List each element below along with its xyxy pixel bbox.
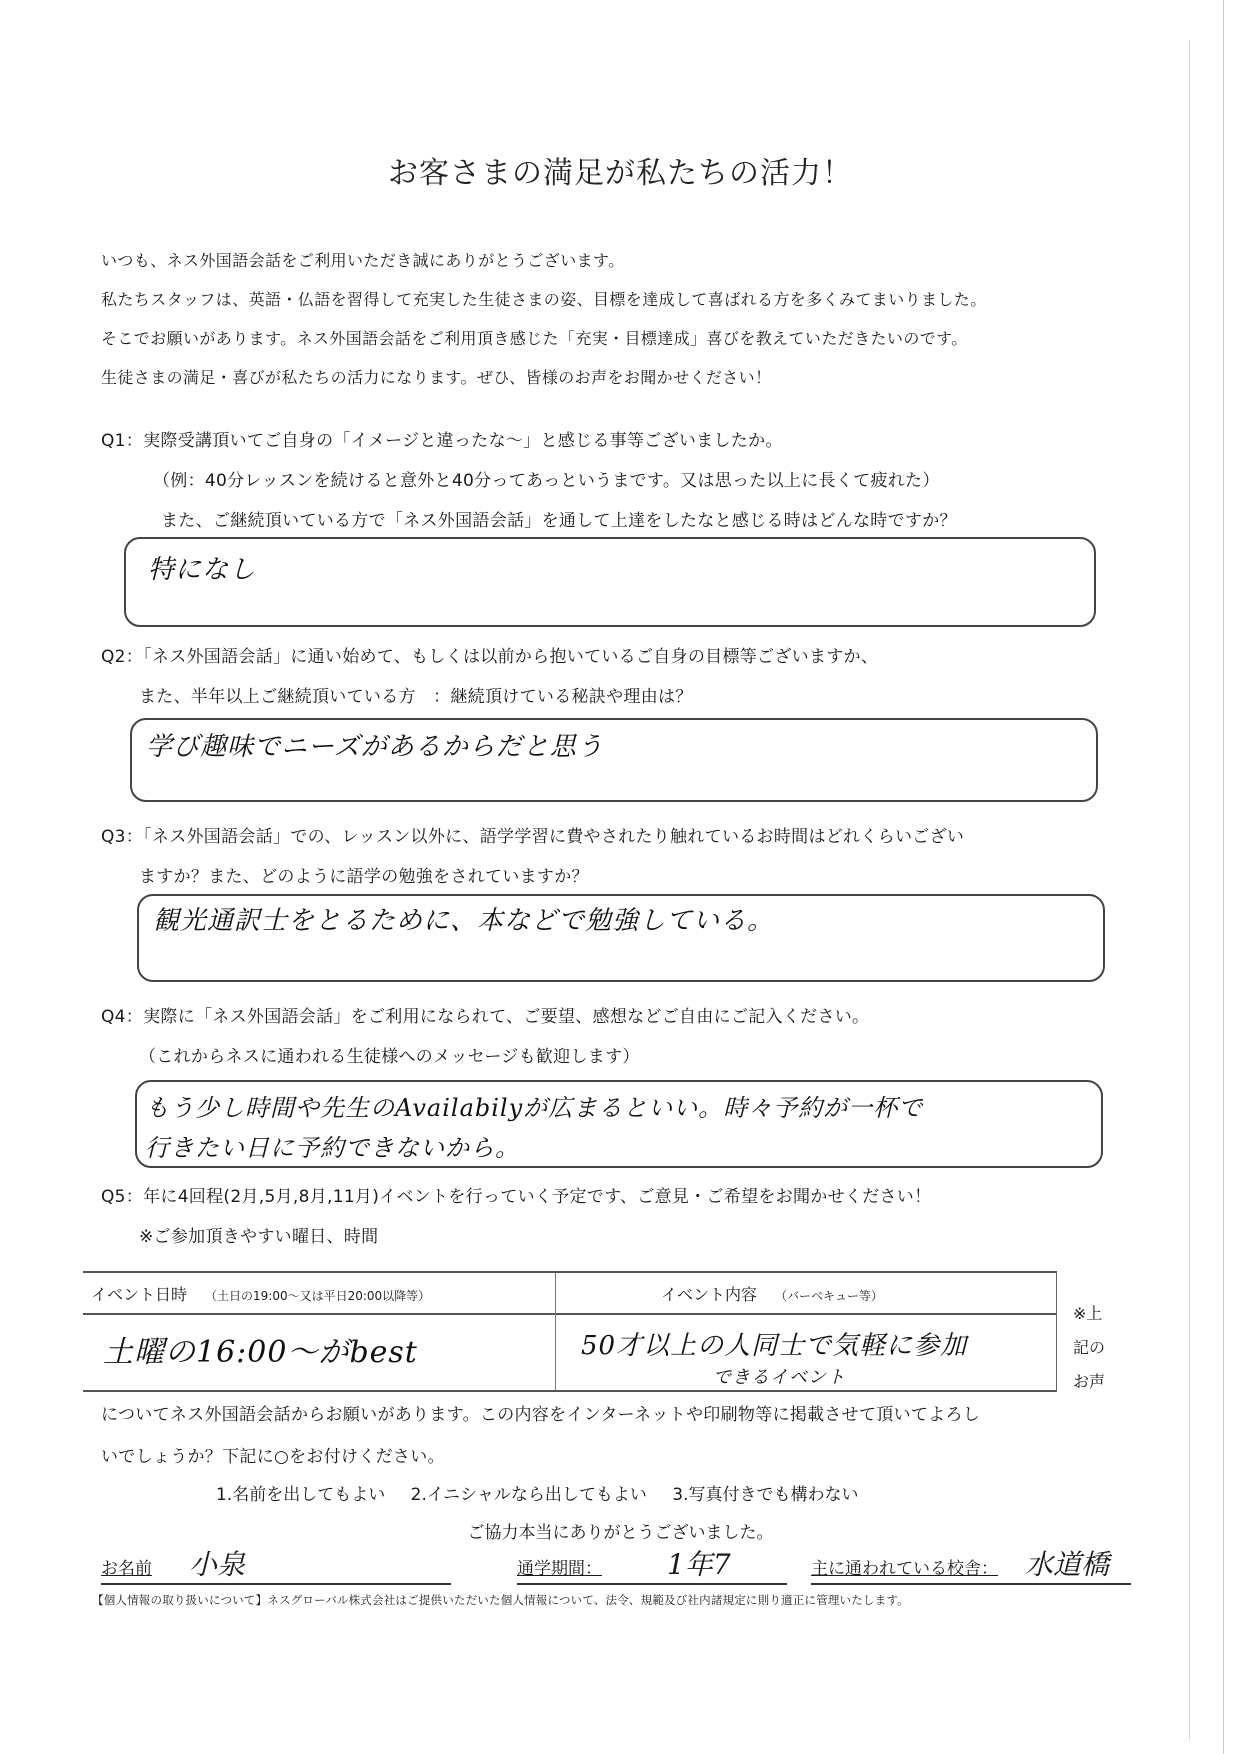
- scan-edge-line: [1223, 0, 1224, 1754]
- period-label: 通学期間：: [517, 1554, 602, 1579]
- answer-box-q4[interactable]: もう少し時間や先生のAvailabilyが広まるといい。時々予約が一杯で 行きた…: [135, 1080, 1103, 1168]
- question-4: Q4：実際に「ネス外国語会話」をご利用になられて、ご要望、感想などご自由にご記入…: [101, 1000, 869, 1080]
- scan-edge-line: [1189, 40, 1190, 1740]
- intro-line: 私たちスタッフは、英語・仏語を習得して充実した生徒さまの姿、目標を達成して喜ばれ…: [101, 285, 1101, 324]
- question-3: Q3：「ネス外国語会話」での、レッスン以外に、語学学習に費やされたり触れているお…: [101, 820, 964, 900]
- intro-paragraph: いつも、ネス外国語会話をご利用いただき誠にありがとうございます。 私たちスタッフ…: [101, 246, 1101, 402]
- question-1: Q1：実際受講頂いてご自身の「イメージと違ったな～」と感じる事等ございましたか。…: [101, 424, 957, 544]
- header-label: イベント日時: [91, 1285, 187, 1304]
- answer-box-q1[interactable]: 特になし: [124, 537, 1096, 627]
- question-note: ※ご参加頂きやすい曜日、時間: [101, 1220, 931, 1260]
- school-field[interactable]: 主に通われている校舎： 水道橋: [811, 1543, 1131, 1585]
- consent-option-name[interactable]: 1.名前を出してもよい: [216, 1485, 385, 1505]
- event-datetime-answer[interactable]: 土曜の16:00～がbest: [103, 1327, 418, 1371]
- consent-request: についてネス外国語会話からお願いがあります。この内容をインターネットや印刷物等に…: [101, 1397, 980, 1481]
- question-text: Q2：「ネス外国語会話」に通い始めて、もしくは以前から抱いているご自身の目標等ご…: [101, 640, 878, 680]
- respondent-fields: お名前 小泉 通学期間： 1年7 主に通われている校舎： 水道橋: [101, 1545, 1141, 1585]
- answer-text: 行きたい日に予約できないから。: [145, 1128, 520, 1163]
- answer-box-q2[interactable]: 学び趣味でニーズがあるからだと思う: [130, 718, 1098, 802]
- question-text: Q5：年に4回程(2月,5月,8月,11月)イベントを行っていく予定です、ご意見…: [101, 1180, 931, 1220]
- side-note-line: ※上: [1073, 1297, 1113, 1331]
- consent-options: 1.名前を出してもよい 2.イニシャルなら出してもよい 3.写真付きでも構わない: [216, 1480, 878, 1505]
- side-note-line: お声: [1073, 1365, 1113, 1399]
- name-value: 小泉: [189, 1543, 245, 1583]
- table-header-row: イベント日時（土日の19:00～又は平日20:00以降等） イベント内容（バーベ…: [83, 1273, 1056, 1315]
- header-hint: （土日の19:00～又は平日20:00以降等）: [205, 1289, 430, 1303]
- question-text: Q3：「ネス外国語会話」での、レッスン以外に、語学学習に費やされたり触れているお…: [101, 820, 964, 860]
- question-text: Q4：実際に「ネス外国語会話」をご利用になられて、ご要望、感想などご自由にご記入…: [101, 1000, 869, 1040]
- consent-text: についてネス外国語会話からお願いがあります。この内容をインターネットや印刷物等に…: [101, 1397, 980, 1439]
- name-field[interactable]: お名前 小泉: [101, 1543, 451, 1585]
- consent-text: いでしょうか？下記に○をお付けください。: [101, 1439, 980, 1481]
- side-note-line: 記の: [1073, 1331, 1113, 1365]
- question-text: Q1：実際受講頂いてご自身の「イメージと違ったな～」と感じる事等ございましたか。: [101, 424, 957, 464]
- name-label: お名前: [101, 1554, 152, 1579]
- period-field[interactable]: 通学期間： 1年7: [517, 1543, 787, 1585]
- intro-line: そこでお願いがあります。ネス外国語会話をご利用頂き感じた「充実・目標達成」喜びを…: [101, 324, 1101, 363]
- intro-line: 生徒さまの満足・喜びが私たちの活力になります。ぜひ、皆様のお声をお聞かせください…: [101, 363, 1101, 402]
- header-label: イベント内容: [661, 1285, 757, 1304]
- question-note: （これからネスに通われる生徒様へのメッセージも歓迎します）: [101, 1040, 869, 1080]
- answer-text: 観光通訳士をとるために、本などで勉強している。: [153, 900, 774, 937]
- consent-option-photo[interactable]: 3.写真付きでも構わない: [672, 1485, 858, 1505]
- period-value: 1年7: [667, 1543, 731, 1583]
- question-2: Q2：「ネス外国語会話」に通い始めて、もしくは以前から抱いているご自身の目標等ご…: [101, 640, 878, 720]
- privacy-note: 【個人情報の取り扱いについて】ネスグローバル株式会社はご提供いただいた個人情報に…: [92, 1592, 909, 1608]
- question-text: また、半年以上ご継続頂いている方 ：継続頂けている秘訣や理由は？: [101, 680, 878, 720]
- answer-text: 特になし: [148, 549, 256, 586]
- event-table: イベント日時（土日の19:00～又は平日20:00以降等） イベント内容（バーベ…: [83, 1271, 1057, 1392]
- event-content-answer[interactable]: 50才以上の人同士で気軽に参加: [581, 1325, 967, 1362]
- thanks-message: ご協力本当にありがとうございました。: [0, 1518, 1241, 1543]
- side-note: ※上 記の お声: [1073, 1297, 1113, 1399]
- answer-box-q3[interactable]: 観光通訳士をとるために、本などで勉強している。: [137, 894, 1105, 982]
- event-content-answer-line2: できるイベント: [713, 1363, 846, 1389]
- school-label: 主に通われている校舎：: [811, 1554, 998, 1579]
- answer-text: 学び趣味でニーズがあるからだと思う: [146, 726, 604, 763]
- page-title: お客さまの満足が私たちの活力！: [0, 148, 1241, 192]
- header-hint: （バーベキュー等）: [775, 1289, 883, 1303]
- header-event-datetime: イベント日時（土日の19:00～又は平日20:00以降等）: [91, 1282, 430, 1305]
- school-value: 水道橋: [1025, 1543, 1109, 1583]
- question-5: Q5：年に4回程(2月,5月,8月,11月)イベントを行っていく予定です、ご意見…: [101, 1180, 931, 1260]
- column-divider: [555, 1273, 556, 1390]
- answer-text: もう少し時間や先生のAvailabilyが広まるといい。時々予約が一杯で: [145, 1088, 923, 1123]
- header-event-content: イベント内容（バーベキュー等）: [661, 1282, 883, 1305]
- intro-line: いつも、ネス外国語会話をご利用いただき誠にありがとうございます。: [101, 246, 1101, 285]
- consent-option-initials[interactable]: 2.イニシャルなら出してもよい: [411, 1485, 647, 1505]
- question-example: （例：40分レッスンを続けると意外と40分ってあっというまです。又は思った以上に…: [101, 464, 957, 504]
